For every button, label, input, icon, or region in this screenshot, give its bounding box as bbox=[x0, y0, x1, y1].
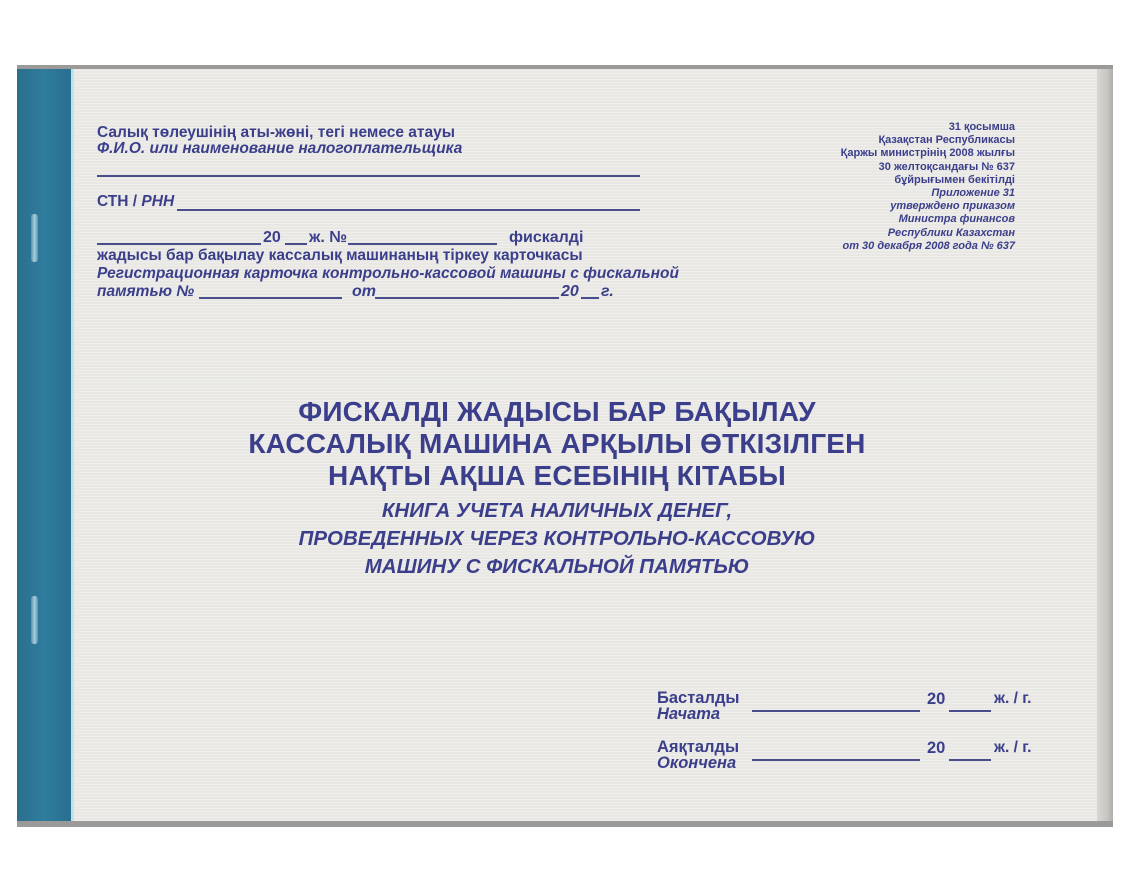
approval-kz-line: 30 желтоқсандағы № 637 bbox=[841, 161, 1015, 174]
spine-highlight bbox=[71, 69, 74, 821]
approval-kz-line: Қаржы министрінің 2008 жылғы bbox=[841, 147, 1015, 160]
approval-ru-line: Министра финансов bbox=[841, 213, 1015, 226]
approval-note: 31 қосымша Қазақстан Республикасы Қаржы … bbox=[841, 121, 1015, 253]
started-label-ru: Начата bbox=[657, 706, 740, 722]
approval-kz-line: Қазақстан Республикасы bbox=[841, 134, 1015, 147]
title-kz-line: ФИСКАЛДІ ЖАДЫСЫ БАР БАҚЫЛАУ bbox=[177, 396, 937, 428]
approval-ru-line: утверждено приказом bbox=[841, 200, 1015, 213]
memory-year-field[interactable] bbox=[581, 297, 599, 299]
title-ru-line: ПРОВЕДЕННЫХ ЧЕРЕЗ КОНТРОЛЬНО-КАССОВУЮ bbox=[177, 526, 937, 552]
started-date-field[interactable] bbox=[752, 710, 920, 712]
title-kz-line: НАҚТЫ АҚША ЕСЕБІНІҢ КІТАБЫ bbox=[177, 460, 937, 492]
registration-year-field[interactable] bbox=[285, 243, 307, 245]
started-year-suffix: ж. / г. bbox=[994, 690, 1031, 708]
ended-suffix-text: ж. / г. bbox=[994, 739, 1031, 756]
booklet: Салық төлеушінің аты-жөні, тегі немесе а… bbox=[17, 65, 1113, 827]
staple-top bbox=[31, 214, 38, 262]
registration-number-field[interactable] bbox=[348, 243, 497, 245]
approval-ru-line: Приложение 31 bbox=[841, 187, 1015, 200]
cover-page: Салық төлеушінің аты-жөні, тегі немесе а… bbox=[17, 69, 1097, 821]
approval-kz-line: 31 қосымша bbox=[841, 121, 1015, 134]
tax-id-field[interactable] bbox=[177, 209, 640, 211]
ended-year-field[interactable] bbox=[949, 759, 991, 761]
started-label-kz: Басталды bbox=[657, 690, 740, 706]
taxpayer-label-ru: Ф.И.О. или наименование налогоплательщик… bbox=[97, 140, 462, 157]
book-title: ФИСКАЛДІ ЖАДЫСЫ БАР БАҚЫЛАУ КАССАЛЫҚ МАШ… bbox=[177, 396, 937, 580]
approval-kz-line: бұйрығымен бекітілді bbox=[841, 174, 1015, 187]
memory-number-label: памятью № bbox=[97, 283, 194, 300]
started-year-field[interactable] bbox=[949, 710, 991, 712]
ended-label: Аяқталды Окончена bbox=[657, 739, 739, 771]
started-suffix-text: ж. / г. bbox=[994, 690, 1031, 707]
registration-card-ru: Регистрационная карточка контрольно-касс… bbox=[97, 265, 679, 282]
ended-date-field[interactable] bbox=[752, 759, 920, 761]
memory-from-label: от bbox=[352, 283, 376, 300]
registration-fiscal-word: фискалді bbox=[509, 229, 583, 246]
ended-label-ru: Окончена bbox=[657, 755, 739, 771]
started-label: Басталды Начата bbox=[657, 690, 740, 722]
approval-ru-line: от 30 декабря 2008 года № 637 bbox=[841, 240, 1015, 253]
tax-id-label: СТН / РНН bbox=[97, 193, 174, 210]
ended-year-suffix: ж. / г. bbox=[994, 739, 1031, 757]
started-year-prefix: 20 bbox=[927, 690, 945, 709]
ended-year-prefix: 20 bbox=[927, 739, 945, 758]
page-stack-edge bbox=[1097, 69, 1113, 821]
approval-ru-line: Республики Казахстан bbox=[841, 227, 1015, 240]
tax-id-label-ru: РНН bbox=[141, 193, 174, 210]
memory-date-field[interactable] bbox=[375, 297, 559, 299]
memory-year-suffix: г. bbox=[601, 283, 614, 300]
taxpayer-name-field[interactable] bbox=[97, 175, 640, 177]
registration-number-label: ж. № bbox=[309, 229, 347, 246]
tax-id-label-kz: СТН / bbox=[97, 193, 137, 210]
title-ru-line: КНИГА УЧЕТА НАЛИЧНЫХ ДЕНЕГ, bbox=[177, 498, 937, 524]
binding-spine bbox=[17, 69, 71, 821]
taxpayer-label-kz: Салық төлеушінің аты-жөні, тегі немесе а… bbox=[97, 124, 455, 141]
registration-year-prefix: 20 bbox=[263, 229, 281, 246]
registration-card-kz: жадысы бар бақылау кассалық машинаның ті… bbox=[97, 247, 583, 264]
title-kz-line: КАССАЛЫҚ МАШИНА АРҚЫЛЫ ӨТКІЗІЛГЕН bbox=[177, 428, 937, 460]
registration-day-field[interactable] bbox=[97, 243, 261, 245]
memory-number-field[interactable] bbox=[199, 297, 342, 299]
staple-bottom bbox=[31, 596, 38, 644]
ended-label-kz: Аяқталды bbox=[657, 739, 739, 755]
title-ru-line: МАШИНУ С ФИСКАЛЬНОЙ ПАМЯТЬЮ bbox=[177, 554, 937, 580]
memory-year-prefix: 20 bbox=[561, 283, 579, 300]
